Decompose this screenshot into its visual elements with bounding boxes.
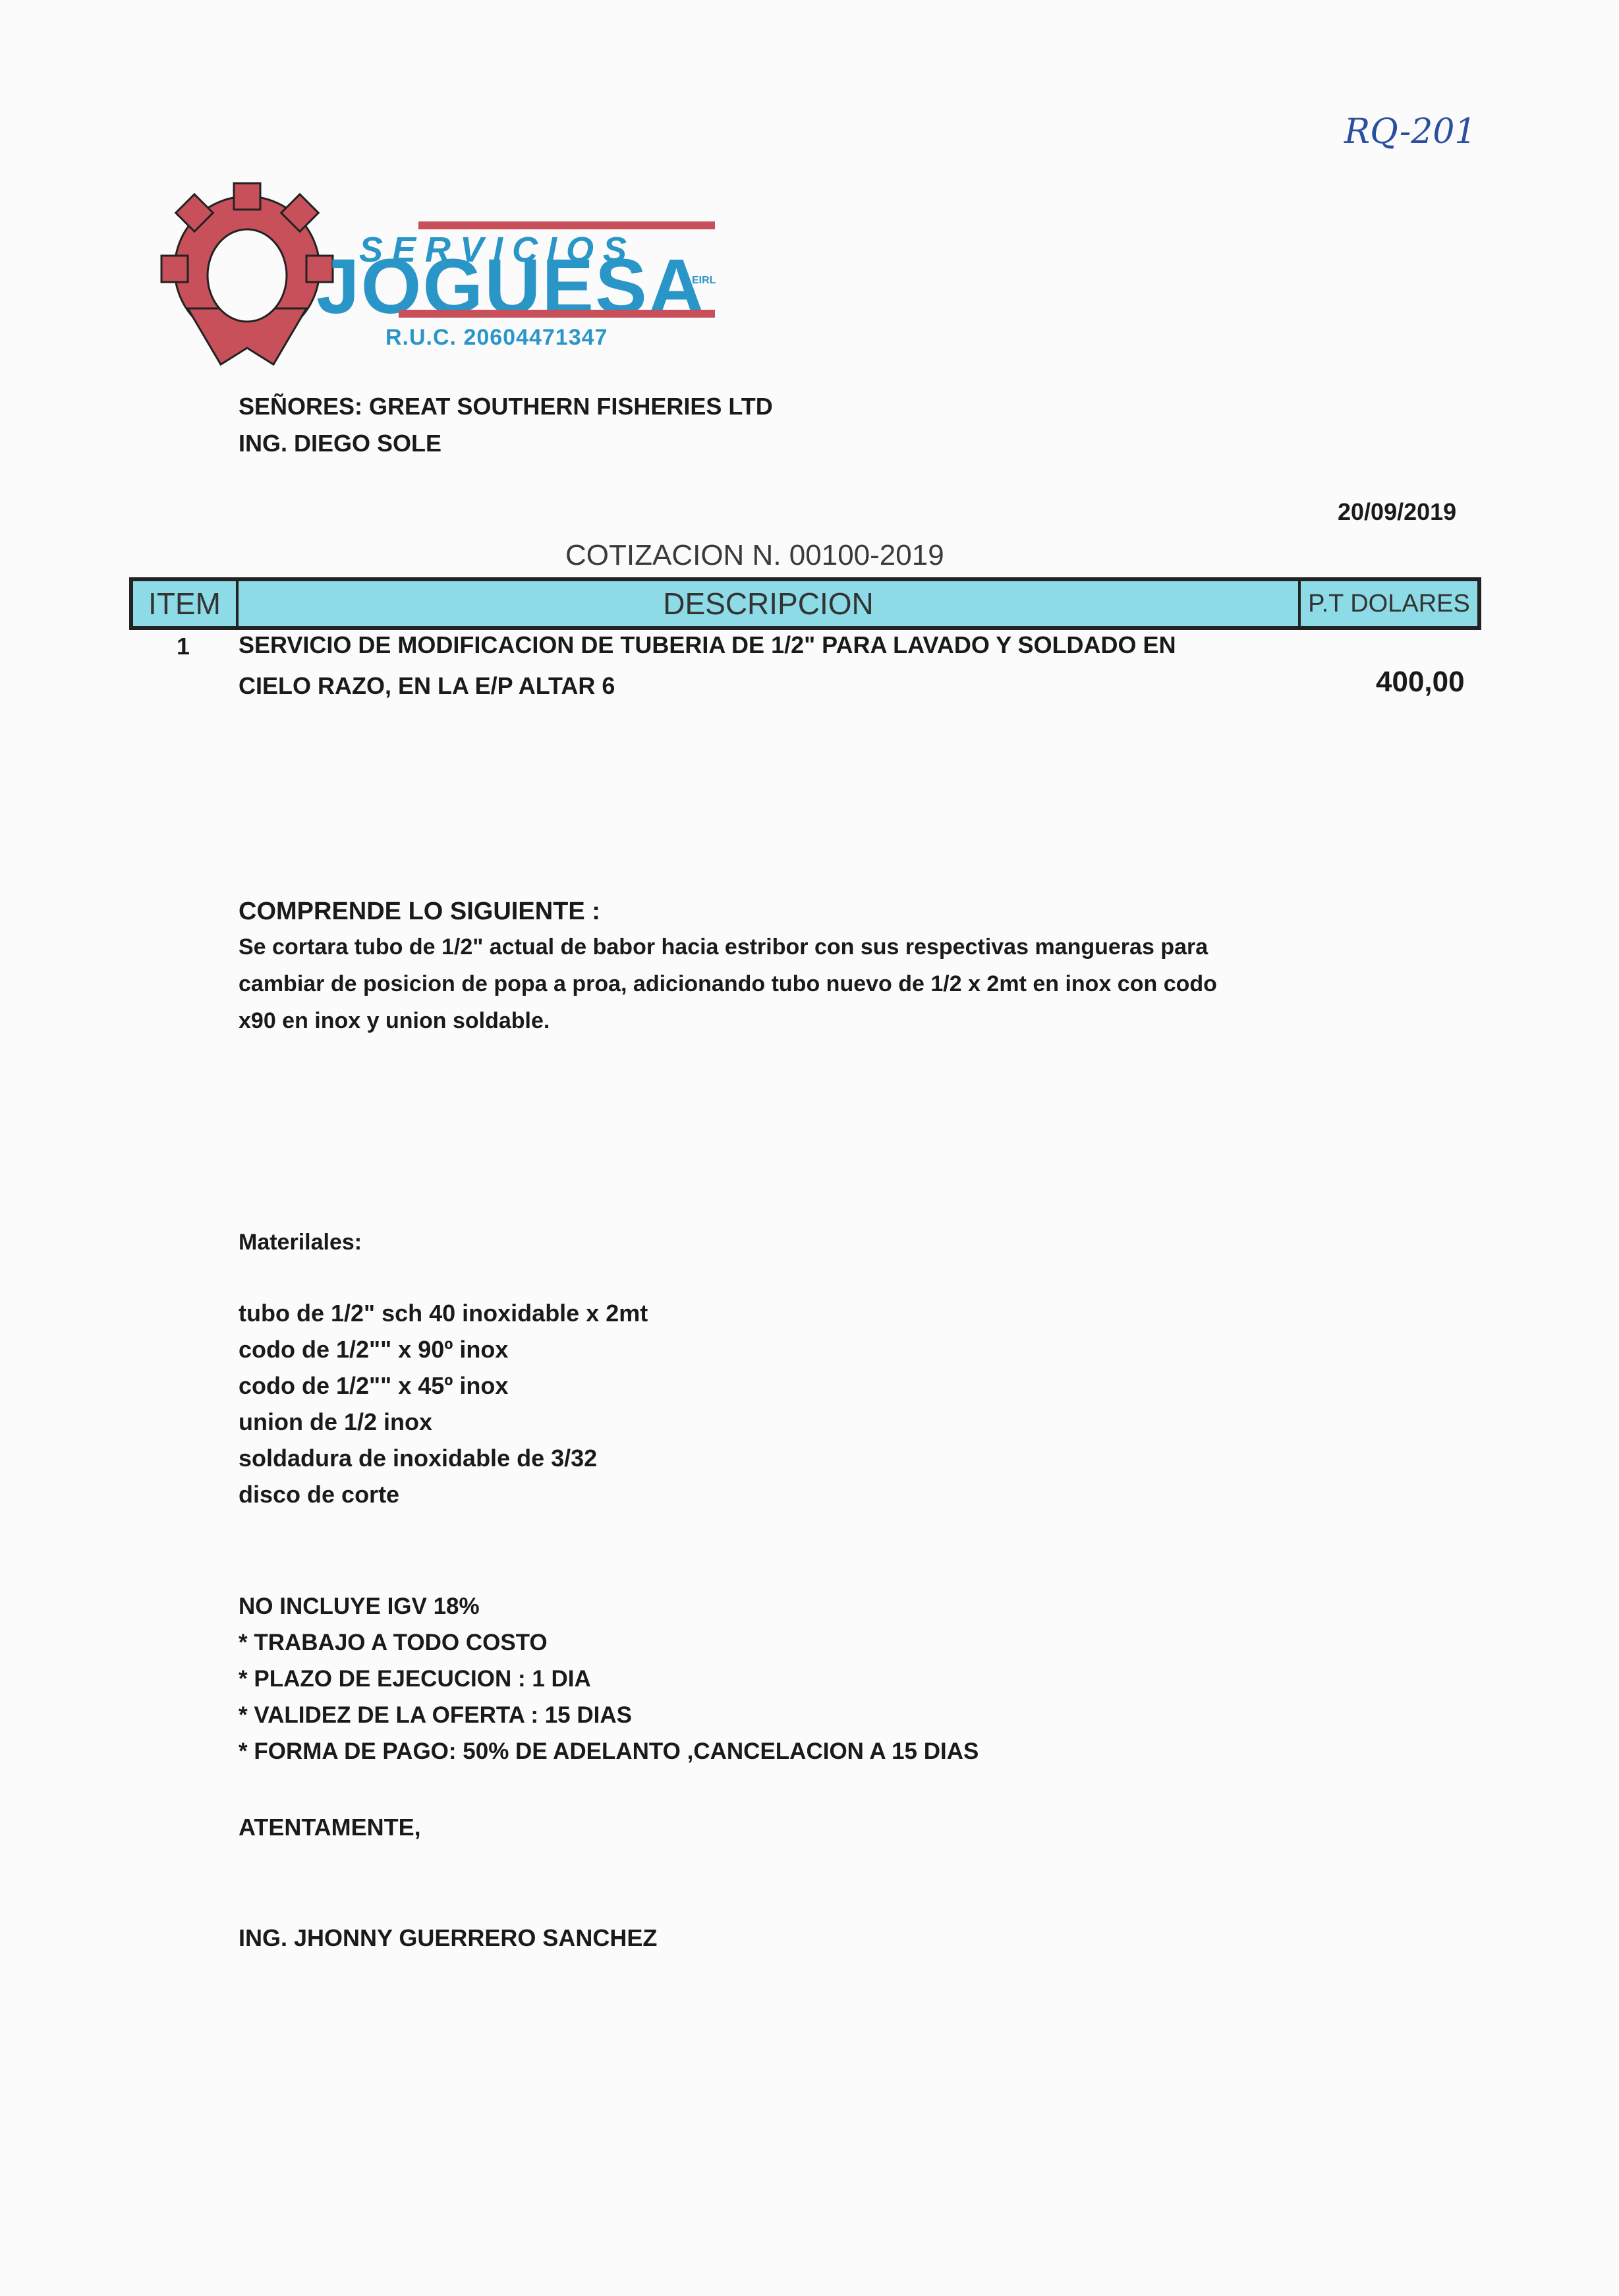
comprende-line: Se cortara tubo de 1/2" actual de babor …: [239, 934, 1208, 960]
handwritten-annotation: RQ-201: [1344, 112, 1477, 152]
comprende-title: COMPRENDE LO SIGUIENTE :: [239, 898, 600, 926]
company-ruc: R.U.C. 20604471347: [385, 325, 608, 351]
header-item: ITEM: [133, 581, 239, 626]
condition-line: * FORMA DE PAGO: 50% DE ADELANTO ,CANCEL…: [239, 1738, 979, 1765]
logo-eirl-text: EIRL: [692, 275, 701, 286]
closing-text: ATENTAMENTE,: [239, 1814, 421, 1841]
condition-line: * TRABAJO A TODO COSTO: [239, 1630, 548, 1656]
comprende-line: cambiar de posicion de popa a proa, adic…: [239, 971, 1217, 997]
row-item-number: 1: [177, 633, 190, 660]
header-price: P.T DOLARES: [1301, 581, 1477, 626]
condition-line: NO INCLUYE IGV 18%: [239, 1593, 480, 1620]
recipient-attention: ING. DIEGO SOLE: [239, 430, 441, 457]
row-description-line-2: CIELO RAZO, EN LA E/P ALTAR 6: [239, 672, 615, 700]
quote-date: 20/09/2019: [1338, 498, 1456, 526]
recipient-company: SEÑORES: GREAT SOUTHERN FISHERIES LTD: [239, 393, 773, 420]
material-item: tubo de 1/2" sch 40 inoxidable x 2mt: [239, 1300, 648, 1327]
material-item: union de 1/2 inox: [239, 1408, 432, 1436]
signatory-name: ING. JHONNY GUERRERO SANCHEZ: [239, 1924, 657, 1952]
row-price: 400,00: [1376, 666, 1465, 699]
condition-line: * PLAZO DE EJECUCION : 1 DIA: [239, 1666, 591, 1692]
materiales-title: Materilales:: [239, 1230, 362, 1255]
material-item: codo de 1/2"" x 45º inox: [239, 1372, 508, 1400]
material-item: soldadura de inoxidable de 3/32: [239, 1445, 597, 1472]
header-description: DESCRIPCION: [239, 581, 1301, 626]
company-logo: SERVICIOS JOGUESA EIRL R.U.C. 2060447134…: [148, 177, 715, 374]
quote-title: COTIZACION N. 00100-2019: [565, 539, 944, 572]
condition-line: * VALIDEZ DE LA OFERTA : 15 DIAS: [239, 1702, 632, 1729]
material-item: disco de corte: [239, 1481, 399, 1508]
material-item: codo de 1/2"" x 90º inox: [239, 1336, 508, 1363]
table-header: ITEM DESCRIPCION P.T DOLARES: [129, 577, 1481, 630]
row-description-line-1: SERVICIO DE MODIFICACION DE TUBERIA DE 1…: [239, 631, 1176, 659]
comprende-line: x90 en inox y union soldable.: [239, 1008, 550, 1034]
